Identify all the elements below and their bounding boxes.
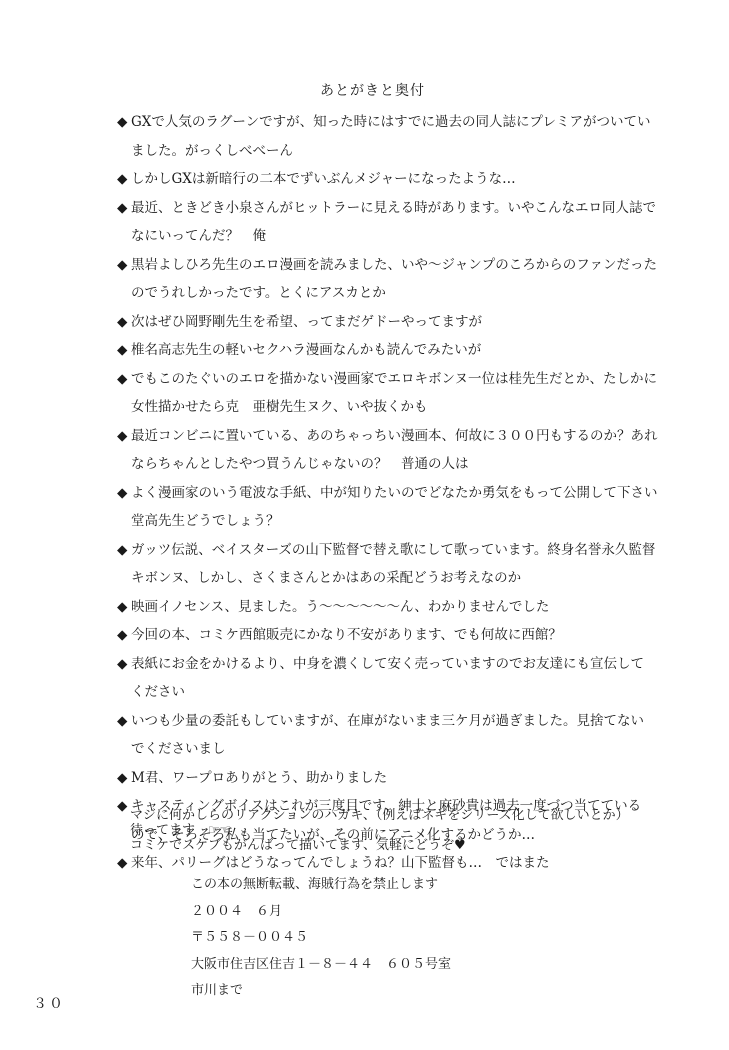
publication-date: ２００４ ６月 [191, 899, 451, 926]
note-line: ならちゃんとしたやつ買うんじゃないの？ 普通の人は [117, 450, 637, 479]
note-text: 次はぜひ岡野剛先生を希望、ってまだゲドーやってますが [131, 314, 482, 330]
afterword-notes: ◆GXで人気のラグーンですが、知った時にはすでに過去の同人誌にプレミアがついてい… [117, 108, 637, 878]
reader-request-line: コミケでスケブもがんばって描いてます、気軽にどうぞ♥ [130, 838, 629, 853]
note-text: 女性描かせたら克 亜樹先生ヌク、いや抜くかも [131, 399, 427, 415]
diamond-bullet-icon: ◆ [117, 849, 131, 878]
note-line: 女性描かせたら克 亜樹先生ヌク、いや抜くかも [117, 393, 637, 422]
note-text: 黒岩よしひろ先生のエロ漫画を読みました、いや～ジャンプのころからのファンだった [131, 257, 657, 273]
note-text: よく漫画家のいう電波な手紙、中が知りたいのでどなたか勇気をもって公開して下さい [131, 485, 658, 501]
note-line: ◆M君、ワープロありがとう、助かりました [117, 764, 637, 793]
addressee: 市川まで [191, 978, 451, 1005]
diamond-bullet-icon: ◆ [117, 108, 131, 137]
note-text: 今回の本、コミケ西館販売にかなり不安があります、でも何故に西館？ [131, 627, 562, 643]
note-line: ◆いつも少量の委託もしていますが、在庫がないまま三ケ月が過ぎました。見捨てない [117, 707, 637, 736]
diamond-bullet-icon: ◆ [117, 336, 131, 365]
note-item: ◆椎名高志先生の軽いセクハラ漫画なんかも読んでみたいが [117, 336, 637, 365]
diamond-bullet-icon: ◆ [117, 764, 131, 793]
note-text: でくださいまし [131, 741, 226, 757]
note-text: ください [131, 684, 185, 700]
note-text: キボンヌ、しかし、さくまさんとかはあの采配どうお考えなのか [131, 570, 521, 586]
note-item: ◆最近コンビニに置いている、あのちゃっちい漫画本、何故に３００円もするのか？あれ… [117, 422, 637, 479]
note-text: いつも少量の委託もしていますが、在庫がないまま三ケ月が過ぎました。見捨てない [131, 713, 644, 729]
diamond-bullet-icon: ◆ [117, 792, 131, 821]
note-text: 来年、パリーグはどうなってんでしょうね？山下監督も… ではまた [131, 855, 550, 871]
note-text: でもこのたぐいのエロを描かない漫画家でエロキボンヌ一位は桂先生だとか、たしかに [131, 371, 657, 387]
note-line: ◆黒岩よしひろ先生のエロ漫画を読みました、いや～ジャンプのころからのファンだった [117, 251, 637, 280]
diamond-bullet-icon: ◆ [117, 536, 131, 565]
address: 大阪市住吉区住吉１－８－４４ ６０５号室 [191, 952, 451, 979]
note-text: 最近コンビニに置いている、あのちゃっちい漫画本、何故に３００円もするのか？あれ [131, 428, 658, 444]
note-line: ◆最近、ときどき小泉さんがヒットラーに見える時があります。いやこんなエロ同人誌で [117, 194, 637, 223]
note-item: ◆黒岩よしひろ先生のエロ漫画を読みました、いや～ジャンプのころからのファンだった… [117, 251, 637, 308]
note-text: M君、ワープロありがとう、助かりました [131, 770, 387, 786]
note-text: ガッツ伝説、ベイスターズの山下監督で替え歌にして歌っています。終身名誉永久監督 [131, 542, 655, 558]
diamond-bullet-icon: ◆ [117, 251, 131, 280]
note-line: ◆ガッツ伝説、ベイスターズの山下監督で替え歌にして歌っています。終身名誉永久監督 [117, 536, 637, 565]
note-item: ◆GXで人気のラグーンですが、知った時にはすでに過去の同人誌にプレミアがついてい… [117, 108, 637, 165]
copyright-notice: この本の無断転載、海賊行為を禁止します [191, 872, 451, 899]
note-item: ◆しかしGXは新暗行の二本でずいぶんメジャーになったような… [117, 165, 637, 194]
note-line: キボンヌ、しかし、さくまさんとかはあの采配どうお考えなのか [117, 564, 637, 593]
note-text: ました。がっくしべべーん [131, 143, 293, 159]
note-text: なにいってんだ？ 俺 [131, 228, 266, 244]
page-title: あとがきと奥付 [0, 80, 729, 100]
diamond-bullet-icon: ◆ [117, 621, 131, 650]
note-line: 堂高先生どうでしょう？ [117, 507, 637, 536]
note-line: ◆GXで人気のラグーンですが、知った時にはすでに過去の同人誌にプレミアがついてい [117, 108, 637, 137]
diamond-bullet-icon: ◆ [117, 422, 131, 451]
note-line: ◆映画イノセンス、見ました。う～～～～～～ん、わかりませんでした [117, 593, 637, 622]
colophon: この本の無断転載、海賊行為を禁止します ２００４ ６月 〒５５８－００４５ 大阪… [191, 872, 451, 1005]
note-text: のでうれしかったです。とくにアスカとか [131, 285, 386, 301]
note-text: 映画イノセンス、見ました。う～～～～～～ん、わかりませんでした [131, 599, 549, 615]
note-item: ◆ガッツ伝説、ベイスターズの山下監督で替え歌にして歌っています。終身名誉永久監督… [117, 536, 637, 593]
note-item: ◆次はぜひ岡野剛先生を希望、ってまだゲドーやってますが [117, 308, 637, 337]
note-line: ◆でもこのたぐいのエロを描かない漫画家でエロキボンヌ一位は桂先生だとか、たしかに [117, 365, 637, 394]
reader-request-line: マジに何かしらのリアクションのハガキ、（例えばネギをシリーズ化して欲しいとか） [130, 808, 629, 823]
note-text: しかしGXは新暗行の二本でずいぶんメジャーになったような… [131, 171, 516, 187]
note-text: 椎名高志先生の軽いセクハラ漫画なんかも読んでみたいが [131, 342, 481, 358]
postal-code: 〒５５８－００４５ [191, 925, 451, 952]
note-line: ◆椎名高志先生の軽いセクハラ漫画なんかも読んでみたいが [117, 336, 637, 365]
note-item: ◆いつも少量の委託もしていますが、在庫がないまま三ケ月が過ぎました。見捨てないで… [117, 707, 637, 764]
note-item: ◆でもこのたぐいのエロを描かない漫画家でエロキボンヌ一位は桂先生だとか、たしかに… [117, 365, 637, 422]
note-item: ◆M君、ワープロありがとう、助かりました [117, 764, 637, 793]
note-line: ◆次はぜひ岡野剛先生を希望、ってまだゲドーやってますが [117, 308, 637, 337]
diamond-bullet-icon: ◆ [117, 593, 131, 622]
note-text: ならちゃんとしたやつ買うんじゃないの？ 普通の人は [131, 456, 469, 472]
note-text: 最近、ときどき小泉さんがヒットラーに見える時があります。いやこんなエロ同人誌で [131, 200, 656, 216]
note-item: ◆映画イノセンス、見ました。う～～～～～～ん、わかりませんでした [117, 593, 637, 622]
diamond-bullet-icon: ◆ [117, 650, 131, 679]
reader-request-line: 待ってます ☞☜ [130, 823, 629, 838]
note-line: なにいってんだ？ 俺 [117, 222, 637, 251]
note-item: ◆今回の本、コミケ西館販売にかなり不安があります、でも何故に西館？ [117, 621, 637, 650]
note-line: ◆今回の本、コミケ西館販売にかなり不安があります、でも何故に西館？ [117, 621, 637, 650]
note-line: でくださいまし [117, 735, 637, 764]
diamond-bullet-icon: ◆ [117, 707, 131, 736]
note-line: のでうれしかったです。とくにアスカとか [117, 279, 637, 308]
note-line: ください [117, 678, 637, 707]
note-item: ◆表紙にお金をかけるより、中身を濃くして安く売っていますのでお友達にも宣伝してく… [117, 650, 637, 707]
note-text: 堂高先生どうでしょう？ [131, 513, 280, 529]
diamond-bullet-icon: ◆ [117, 165, 131, 194]
note-line: ◆しかしGXは新暗行の二本でずいぶんメジャーになったような… [117, 165, 637, 194]
note-line: ◆最近コンビニに置いている、あのちゃっちい漫画本、何故に３００円もするのか？あれ [117, 422, 637, 451]
note-text: GXで人気のラグーンですが、知った時にはすでに過去の同人誌にプレミアがついてい [131, 114, 651, 130]
reader-request-block: マジに何かしらのリアクションのハガキ、（例えばネギをシリーズ化して欲しいとか） … [130, 808, 629, 853]
note-line: ◆よく漫画家のいう電波な手紙、中が知りたいのでどなたか勇気をもって公開して下さい [117, 479, 637, 508]
page-number: ３０ [33, 993, 65, 1013]
note-item: ◆最近、ときどき小泉さんがヒットラーに見える時があります。いやこんなエロ同人誌で… [117, 194, 637, 251]
diamond-bullet-icon: ◆ [117, 365, 131, 394]
note-text: 表紙にお金をかけるより、中身を濃くして安く売っていますのでお友達にも宣伝して [131, 656, 644, 672]
note-line: ました。がっくしべべーん [117, 137, 637, 166]
diamond-bullet-icon: ◆ [117, 194, 131, 223]
diamond-bullet-icon: ◆ [117, 308, 131, 337]
note-item: ◆よく漫画家のいう電波な手紙、中が知りたいのでどなたか勇気をもって公開して下さい… [117, 479, 637, 536]
diamond-bullet-icon: ◆ [117, 479, 131, 508]
note-line: ◆表紙にお金をかけるより、中身を濃くして安く売っていますのでお友達にも宣伝して [117, 650, 637, 679]
